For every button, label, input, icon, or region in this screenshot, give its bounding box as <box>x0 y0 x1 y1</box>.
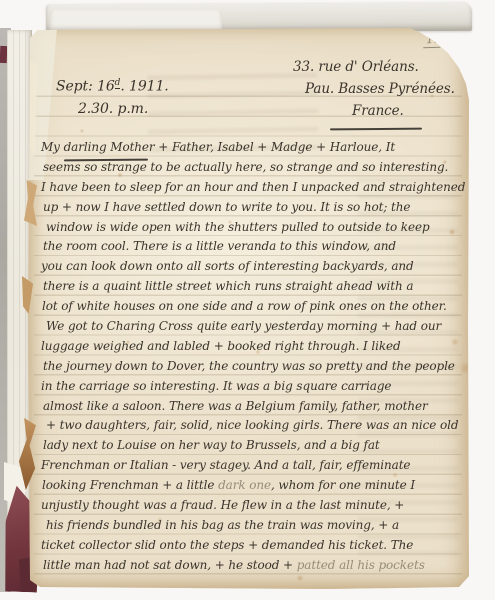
letter-text-segment: luggage weighed and labled + booked righ… <box>41 339 401 353</box>
letter-line: We got to Charing Cross quite early yest… <box>46 317 465 337</box>
notebook-page: 1. Sept: 16d. 1911. 2.30. p.m. 33. rue d… <box>28 28 469 589</box>
date-block: Sept: 16d. 1911. 2.30. p.m. <box>56 78 169 117</box>
letter-line: the journey down to Dover, the country w… <box>43 357 465 377</box>
letter-line: luggage weighed and labled + booked righ… <box>41 337 465 357</box>
date: Sept: 16d. 1911. <box>56 78 169 95</box>
date-year: . 1911. <box>120 79 168 95</box>
address-line: France. <box>352 100 455 122</box>
letter-line: looking Frenchman + a little dark one, w… <box>42 476 465 496</box>
address-line: Pau. Basses Pyrénées. <box>305 78 455 100</box>
page-number: 1. <box>423 32 441 49</box>
letter-text-segment: patted all his pockets <box>297 558 425 572</box>
letter-text-segment: looking Frenchman + a little <box>42 478 218 492</box>
letter-text-segment: little man had not sat down, + he stood … <box>43 558 297 572</box>
letter-text-segment: almost like a saloon. There was a Belgiu… <box>43 399 428 413</box>
letter-text-segment: up + now I have settled down to write to… <box>43 200 410 214</box>
address-block: 33. rue d' Orléans. Pau. Basses Pyrénées… <box>266 56 455 122</box>
letter-text-segment: ticket collector slid onto the steps + d… <box>41 538 413 552</box>
letter-line: ticket collector slid onto the steps + d… <box>41 536 465 556</box>
letter-line: almost like a saloon. There was a Belgiu… <box>43 397 465 417</box>
photo-background: 1. Sept: 16d. 1911. 2.30. p.m. 33. rue d… <box>0 0 495 600</box>
letter-line: in the carriage so interesting. It was a… <box>41 377 465 397</box>
letter-text-segment: , whom for one minute I <box>271 478 415 492</box>
letter-line: there is a quaint little street which ru… <box>43 277 465 297</box>
letter-text-segment: seems so strange to be actually here, so… <box>43 160 448 174</box>
letter-line: + two daughters, fair, solid, nice looki… <box>46 416 465 436</box>
letter-text-segment: lot of white houses on one side and a ro… <box>42 299 447 313</box>
letter-text-segment: + two daughters, fair, solid, nice looki… <box>46 418 458 432</box>
letter-text-segment: the journey down to Dover, the country w… <box>43 359 455 373</box>
letter-text-segment: lady next to Louise on her way to Brusse… <box>43 438 380 452</box>
letter-text-segment: We got to Charing Cross quite early yest… <box>46 319 441 333</box>
time: 2.30. p.m. <box>78 101 169 117</box>
letter-line: unjustly thought was a fraud. He flew in… <box>41 496 465 516</box>
address-underline <box>330 128 422 131</box>
letter-line: his friends bundled in his bag as the tr… <box>46 516 465 536</box>
letter-line: My darling Mother + Father, Isabel + Mad… <box>41 138 465 158</box>
letter-text-segment: dark one <box>218 478 271 492</box>
letter-text-segment: Frenchman or Italian - very stagey. And … <box>41 458 410 472</box>
letter-line: lot of white houses on one side and a ro… <box>42 297 465 317</box>
letter-text-segment: in the carriage so interesting. It was a… <box>41 379 391 393</box>
letter-line: seems so strange to be actually here, so… <box>43 158 465 178</box>
letter-line: I have been to sleep for an hour and the… <box>41 178 465 198</box>
letter-line: the room cool. There is a little veranda… <box>43 237 465 257</box>
letter-text-segment: window is wide open with the shutters pu… <box>46 220 430 234</box>
book-top-page-edge-upper-sheet <box>50 10 222 31</box>
letter-text-segment: unjustly thought was a fraud. He flew in… <box>41 498 404 512</box>
letter-text-segment: you can look down onto all sorts of inte… <box>41 259 414 273</box>
letter-text-segment: his friends bundled in his bag as the tr… <box>46 518 399 532</box>
letter-line: you can look down onto all sorts of inte… <box>41 257 465 277</box>
address-line: 33. rue d' Orléans. <box>293 56 455 78</box>
letter-text-segment: the room cool. There is a little veranda… <box>43 239 396 253</box>
date-text: Sept: 16 <box>56 79 115 95</box>
letter-line: window is wide open with the shutters pu… <box>46 218 465 238</box>
letter-body: My darling Mother + Father, Isabel + Mad… <box>41 138 465 576</box>
letter-line: lady next to Louise on her way to Brusse… <box>43 436 465 456</box>
letter-text-segment: there is a quaint little street which ru… <box>43 279 413 293</box>
letter-text-segment: My darling Mother + Father, Isabel + Mad… <box>41 140 395 154</box>
letter-text-segment: I have been to sleep for an hour and the… <box>41 180 465 194</box>
letter-line: Frenchman or Italian - very stagey. And … <box>41 456 465 476</box>
letter-line: up + now I have settled down to write to… <box>43 198 465 218</box>
letter-line: little man had not sat down, + he stood … <box>43 556 465 576</box>
